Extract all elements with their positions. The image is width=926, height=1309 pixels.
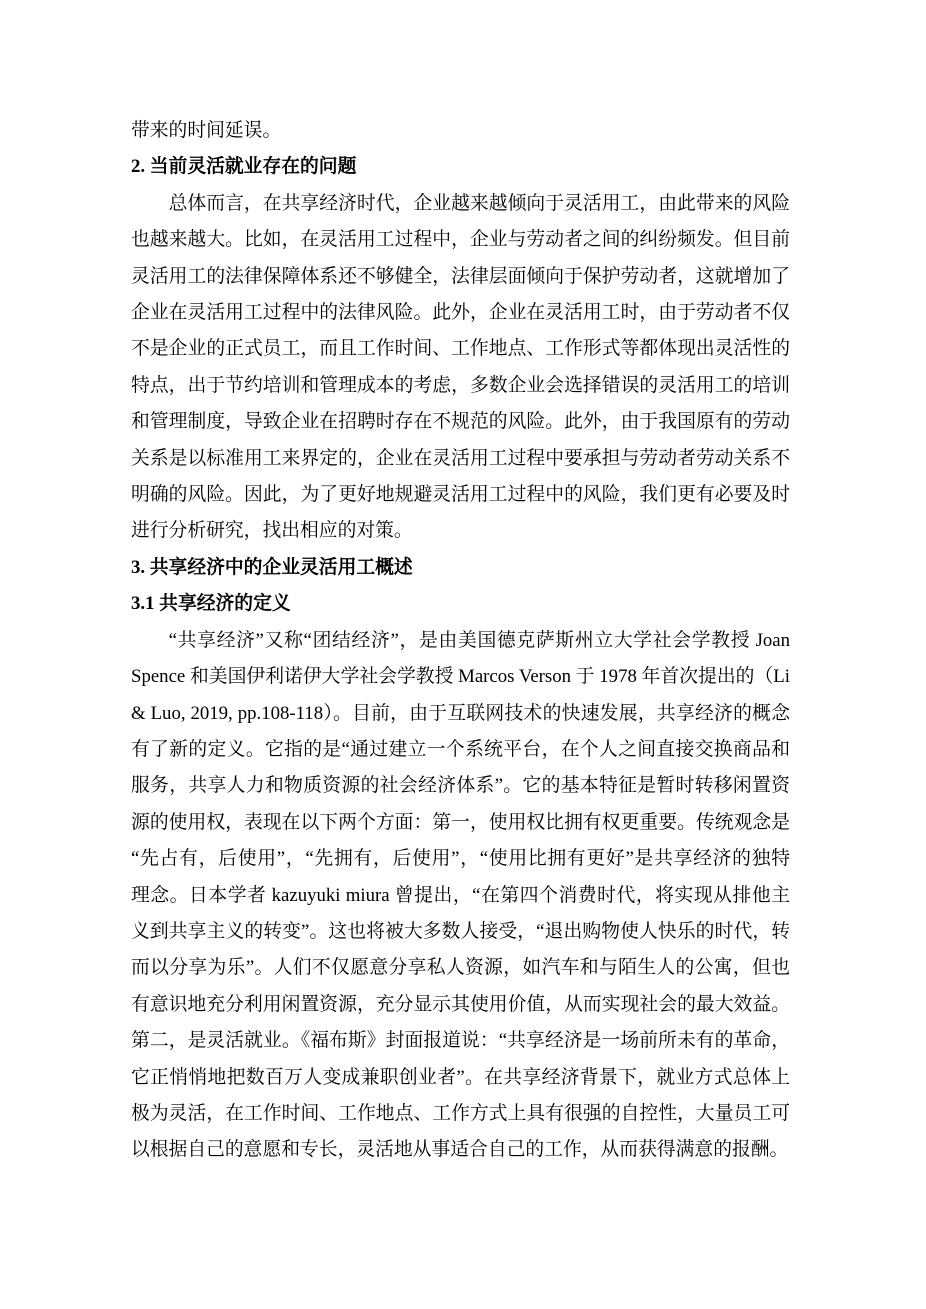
heading-2: 2. 当前灵活就业存在的问题 xyxy=(131,149,790,185)
document-page: 带来的时间延误。2. 当前灵活就业存在的问题总体而言，在共享经济时代，企业越来越… xyxy=(0,0,926,1309)
body-text-line: 而以分享为乐”。人们不仅愿意分享私人资源，如汽车和与陌生人的公寓，但也 xyxy=(131,950,790,986)
body-text-line: 特点，出于节约培训和管理成本的考虑，多数企业会选择错误的灵活用工的培训 xyxy=(131,368,790,404)
body-text-line: Spence 和美国伊利诺伊大学社会学教授 Marcos Verson 于 19… xyxy=(131,659,790,695)
document-body: 带来的时间延误。2. 当前灵活就业存在的问题总体而言，在共享经济时代，企业越来越… xyxy=(131,113,790,1169)
body-text-line: 第二，是灵活就业。《福布斯》封面报道说：“共享经济是一场前所未有的革命， xyxy=(131,1023,790,1059)
body-text-line: 明确的风险。因此，为了更好地规避灵活用工过程中的风险，我们更有必要及时 xyxy=(131,477,790,513)
body-text-line: 有意识地充分利用闲置资源，充分显示其使用价值，从而实现社会的最大效益。 xyxy=(131,987,790,1023)
body-text-line: 进行分析研究，找出相应的对策。 xyxy=(131,513,790,549)
body-text-line: 灵活用工的法律保障体系还不够健全，法律层面倾向于保护劳动者，这就增加了 xyxy=(131,259,790,295)
body-text-line: 服务，共享人力和物质资源的社会经济体系”。它的基本特征是暂时转移闲置资 xyxy=(131,768,790,804)
body-text-line: 以根据自己的意愿和专长，灵活地从事适合自己的工作，从而获得满意的报酬。 xyxy=(131,1132,790,1168)
body-text-line: 理念。日本学者 kazuyuki miura 曾提出，“在第四个消费时代，将实现… xyxy=(131,878,790,914)
body-text-line: 有了新的定义。它指的是“通过建立一个系统平台，在个人之间直接交换商品和 xyxy=(131,732,790,768)
heading-3-1: 3.1 共享经济的定义 xyxy=(131,586,790,622)
body-text-line: 源的使用权，表现在以下两个方面：第一，使用权比拥有权更重要。传统观念是 xyxy=(131,805,790,841)
body-text-line: “先占有，后使用”，“先拥有，后使用”，“使用比拥有更好”是共享经济的独特 xyxy=(131,841,790,877)
heading-3: 3. 共享经济中的企业灵活用工概述 xyxy=(131,550,790,586)
body-text-line: “共享经济”又称“团结经济”，是由美国德克萨斯州立大学社会学教授 Joan xyxy=(131,623,790,659)
body-text-line: & Luo, 2019, pp.108-118）。目前，由于互联网技术的快速发展… xyxy=(131,696,790,732)
body-text-line: 关系是以标准用工来界定的，企业在灵活用工过程中要承担与劳动者劳动关系不 xyxy=(131,441,790,477)
body-text-line: 极为灵活，在工作时间、工作地点、工作方式上具有很强的自控性，大量员工可 xyxy=(131,1096,790,1132)
body-text-line: 带来的时间延误。 xyxy=(131,113,790,149)
body-text-line: 它正悄悄地把数百万人变成兼职创业者”。在共享经济背景下，就业方式总体上 xyxy=(131,1060,790,1096)
body-text-line: 总体而言，在共享经济时代，企业越来越倾向于灵活用工，由此带来的风险 xyxy=(131,186,790,222)
body-text-line: 和管理制度，导致企业在招聘时存在不规范的风险。此外，由于我国原有的劳动 xyxy=(131,404,790,440)
body-text-line: 不是企业的正式员工，而且工作时间、工作地点、工作形式等都体现出灵活性的 xyxy=(131,331,790,367)
body-text-line: 企业在灵活用工过程中的法律风险。此外，企业在灵活用工时，由于劳动者不仅 xyxy=(131,295,790,331)
body-text-line: 也越来越大。比如，在灵活用工过程中，企业与劳动者之间的纠纷频发。但目前 xyxy=(131,222,790,258)
body-text-line: 义到共享主义的转变”。这也将被大多数人接受，“退出购物使人快乐的时代，转 xyxy=(131,914,790,950)
